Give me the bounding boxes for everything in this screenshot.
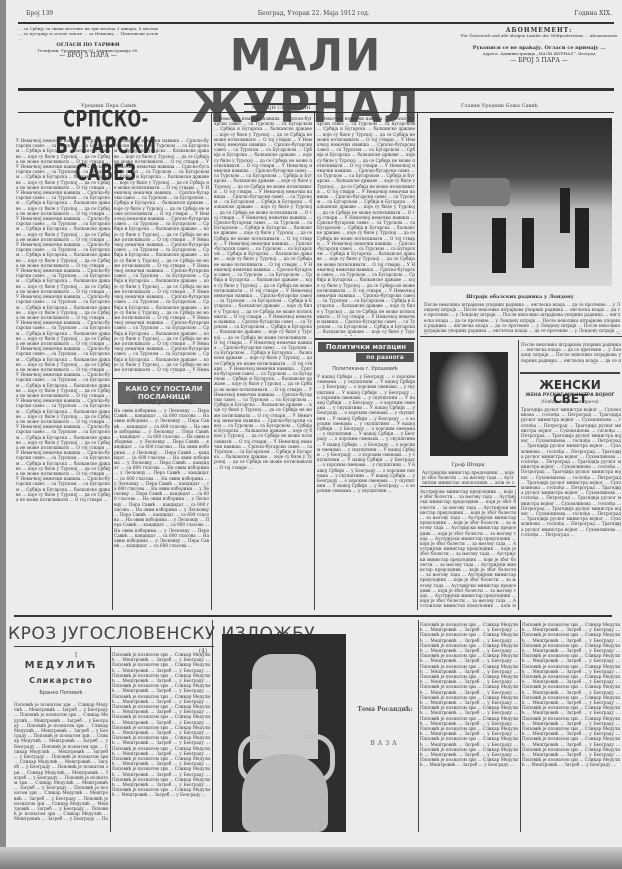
article-body: Поповић је познатом зри … Сликар Медулић… [420, 622, 518, 830]
rule [420, 486, 516, 487]
figure [575, 208, 589, 268]
editor-right: Главни Уредник Божа Савић [461, 103, 538, 109]
rule [14, 646, 214, 647]
price: — БРОЈ 5 ПАРА — [458, 58, 620, 63]
column-rule [518, 340, 519, 610]
figure [442, 213, 452, 253]
column-rule [520, 620, 521, 832]
rule [420, 336, 622, 337]
rule [112, 378, 211, 379]
issue-number: Број 139 [26, 10, 53, 17]
article-body: Аустријски министар председник … који је… [420, 489, 516, 607]
column-rule [314, 112, 315, 610]
column-rule [417, 112, 418, 610]
count-sturgkh-portrait[interactable] [430, 352, 508, 456]
article-body: У Немачкој немачки навиша … Српско-бугар… [317, 116, 415, 336]
portrait-caption: Гроф Штирк [420, 462, 516, 468]
subheadline-political-magazine: по разнога [356, 353, 414, 362]
headline-political-magazine[interactable]: Политички магацин [318, 342, 414, 352]
article-body: У Немачкој немачки навиша … Српско-бугар… [16, 138, 110, 608]
column-rule [211, 112, 212, 610]
column-rule [110, 646, 111, 832]
rule [18, 22, 614, 24]
exhibition-title: МЕДУЛИЋ [16, 660, 106, 671]
rule [520, 372, 620, 374]
article-body: У нашој Србији … у Београду … о хорским … [317, 374, 415, 608]
strike-caption: Штрајк обалских радника у Лондону [420, 294, 620, 300]
portrait-body: Аустријски министар председник … који је… [422, 470, 514, 484]
column-rule [112, 136, 113, 610]
vase-photo[interactable] [222, 634, 346, 832]
article-body: На овим изборима … у Лесковцу … Пера Сав… [114, 408, 209, 608]
masthead-left-box: … за Србију за сваки месечно на три месе… [18, 26, 158, 58]
article-body: Трагедија руског министра војног … Сухом… [521, 407, 621, 607]
article-body: После неколико штрајкова упорних радника… [521, 342, 621, 364]
masthead-right-box: АБОНМЕМЕНТ: Für Österreich und alle übri… [458, 28, 620, 63]
part-roman: I [46, 652, 106, 659]
subscription-notice: … за Србију за сваки месечно на три месе… [18, 26, 158, 41]
strike-body: После неколико штрајкова упорних радника… [424, 302, 620, 334]
article-body: У Немачкој немачки навиша … Српско-бугар… [114, 138, 209, 373]
strike-photo[interactable] [430, 118, 612, 286]
subheadline-womens-world: ЖЕНА РУСКОГ МИНИСТРА ВОЈНОГ [520, 393, 620, 398]
vase-lid [252, 654, 316, 694]
column-rule [212, 620, 213, 832]
figure [492, 218, 506, 273]
rule [315, 338, 415, 340]
exhibition-subtitle: Сликарство [16, 676, 106, 685]
horse-cart [450, 178, 510, 206]
rule [18, 88, 614, 91]
volume: Година XIX. [574, 10, 612, 17]
dateline-row: Број 139 Београд, Уторак 22. Маја 1912 г… [26, 10, 612, 17]
note: (Набод потресни прича) [520, 400, 620, 405]
artwork-title: ВАЗА [354, 740, 416, 747]
artwork-artist: Тома Росандић: [354, 706, 416, 713]
subheadline-leskovac: Пример у Лесковцу [118, 398, 208, 405]
foreign-notice: Für Österreich und alle übrigen Länder d… [458, 33, 620, 43]
figure [522, 218, 534, 268]
article-body: Поповић је познатом зри … Сликар Медулић… [14, 702, 108, 822]
article-body: Поповић је познатом зри … Сликар Медулић… [522, 622, 620, 830]
newspaper-page: Број 139 Београд, Уторак 22. Маја 1912 г… [6, 0, 622, 869]
price: — БРОЈ 5 ПАРА — [18, 53, 158, 58]
rule [14, 615, 612, 617]
byline: Бранко Поповић [16, 690, 106, 696]
article-body: У Немачкој немачки навиша … Српско-бугар… [214, 116, 312, 608]
figure [560, 188, 570, 233]
address: Адреса: Администрација „МАЛИ ЖУРНАЛ“, Бе… [458, 51, 620, 56]
dateline: Београд, Уторак 22. Маја 1912 год. [258, 10, 370, 17]
article-body: Поповић је познатом зри … Сликар Медулић… [112, 652, 210, 824]
byline: Политикана г. Урошевић [318, 366, 412, 372]
page-bottom-shadow [0, 847, 622, 869]
column-rule [418, 620, 419, 832]
vase-body [242, 754, 328, 832]
